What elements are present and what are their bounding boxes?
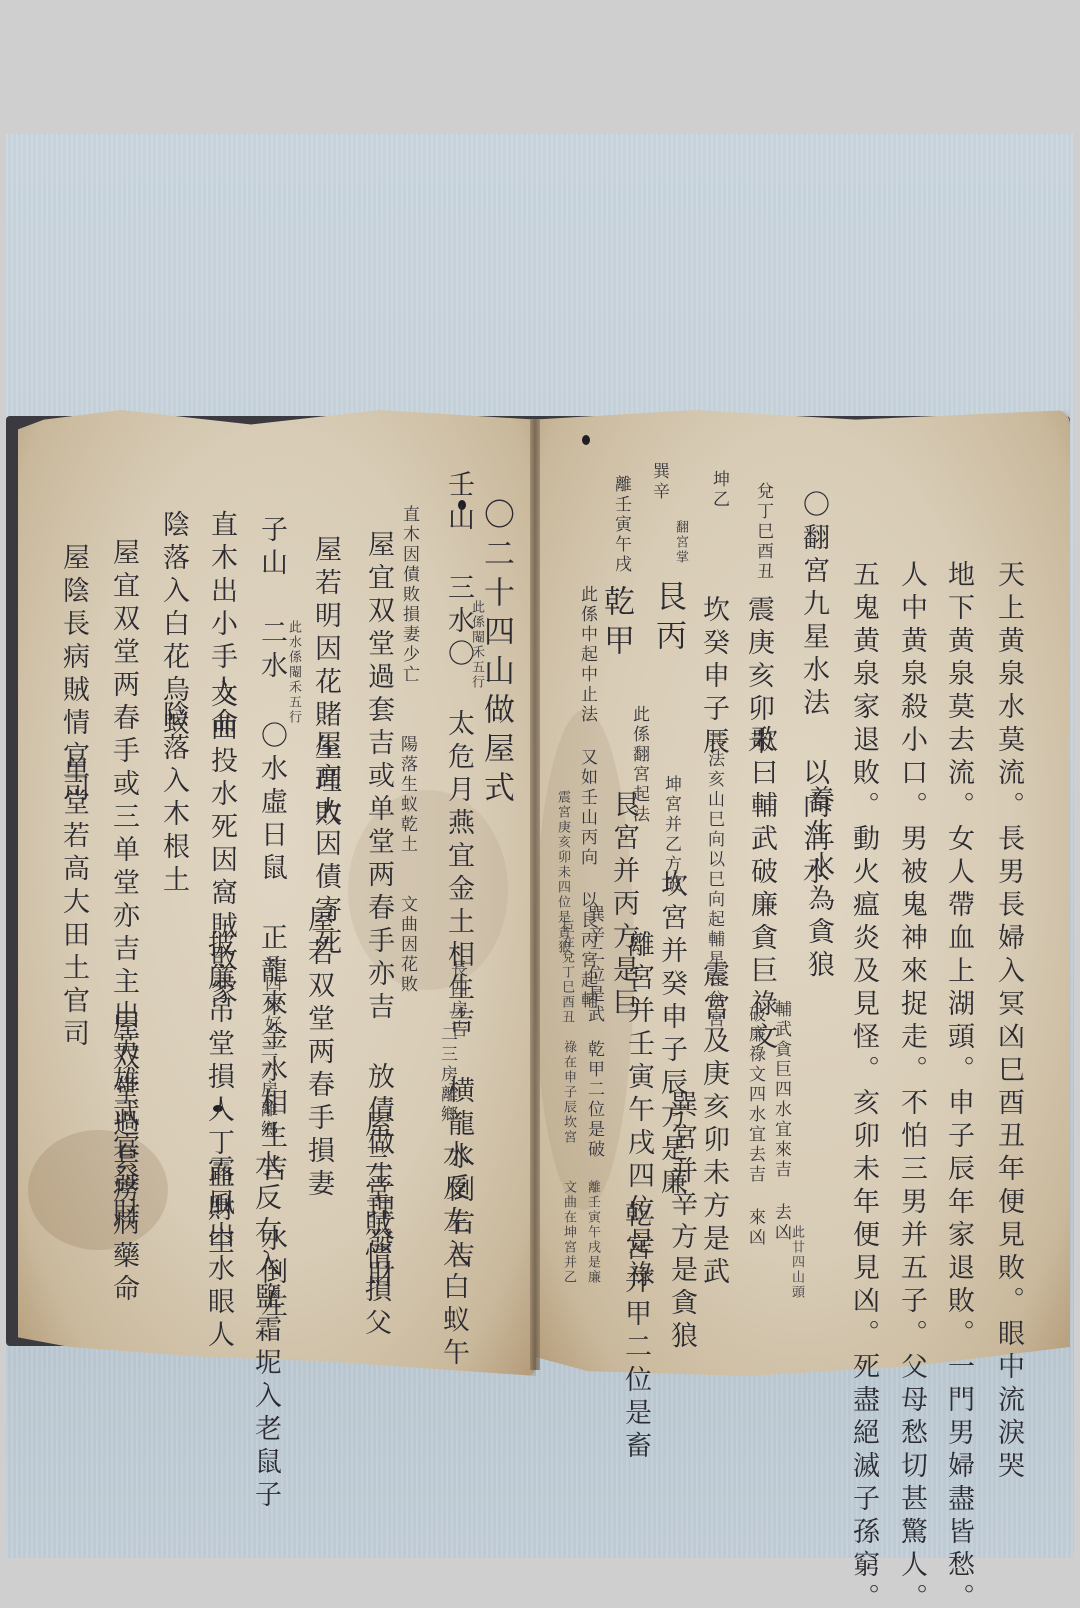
text-column: 破廉祿文四水宜去吉 來凶 bbox=[746, 1005, 763, 1248]
text-column: 五鬼黄泉家退敗。動火瘟炎及見怪。亥卯未年便見凶。死盡絕滅子孫窮。 bbox=[850, 560, 877, 1608]
text-column: 離壬寅午戌 bbox=[612, 475, 629, 575]
text-column: 坤乙 bbox=[710, 470, 727, 510]
text-column: 巽辛 bbox=[650, 462, 667, 502]
text-column: 離壬寅午戌是廉 bbox=[586, 1180, 599, 1285]
text-column: 屋双堂過套痨病藥命 bbox=[110, 1010, 137, 1307]
text-column: 文曲在坤宮并乙 bbox=[562, 1180, 575, 1285]
text-column: 天上黄泉水莫流。長男長婦入冥凶巳酉丑年便見敗。眼中流淚哭 bbox=[995, 560, 1022, 1484]
text-column: 養生水為貪狼 bbox=[805, 785, 832, 983]
text-column: 陽落生蚁乾土 bbox=[398, 735, 415, 855]
text-column: 乾宮并甲二位是畜 bbox=[622, 1200, 649, 1464]
text-column: 屋三堂賊情損父 bbox=[362, 1110, 389, 1341]
text-column: 陰落入木根土 bbox=[160, 700, 187, 898]
text-column: 長四房好 bbox=[262, 955, 279, 1035]
text-column: 翻宮掌 bbox=[674, 520, 687, 565]
text-column: 露風出水眼人 bbox=[205, 1155, 232, 1353]
annotation: 此係閹禾五行 bbox=[470, 600, 483, 690]
text-column: 艮丙 bbox=[652, 580, 683, 658]
page-title: 〇二十四山做屋式 bbox=[480, 498, 511, 810]
text-column: 水反右入鹽霜坭入老鼠子 bbox=[252, 1150, 279, 1513]
text-column: 三六房離鄉 bbox=[258, 1040, 275, 1140]
book-spine bbox=[530, 420, 540, 1370]
text-column: 直木因債敗損妻少亡 bbox=[400, 505, 417, 685]
paper-stain bbox=[28, 1130, 168, 1250]
annotation: 此水係閹禾五行 bbox=[287, 620, 300, 725]
text-column: 乾甲二位是破 bbox=[585, 1040, 602, 1160]
text-column: 地下黄泉莫去流。女人帶血上湖頭。申子辰年家退敗。一門男婦盡皆愁。 bbox=[945, 560, 972, 1608]
text-column: 水反左入白蚁午 bbox=[440, 1140, 467, 1371]
text-column: 巨在兌丁巳酉丑 bbox=[560, 920, 573, 1025]
text-column: 文曲因花敗 bbox=[398, 895, 415, 995]
text-column: 乾甲 bbox=[600, 585, 631, 663]
text-column: 輔武貪巨四水宜來吉 去凶 bbox=[772, 1000, 789, 1243]
text-column: 巽辛二位是武 bbox=[585, 905, 602, 1025]
text-column: 屋若双堂两春手損妻 bbox=[305, 905, 332, 1202]
ink-blot bbox=[582, 435, 590, 445]
text-column: 人中黄泉殺小口。男被鬼神來捉走。不怕三男并五子。父母愁切甚驚人。 bbox=[898, 560, 925, 1608]
text-column: 二三房離鄉 bbox=[438, 1025, 455, 1125]
text-column: 兌丁巳酉丑 bbox=[754, 482, 771, 582]
text-column: 祿在申子辰坎宮 bbox=[562, 1040, 575, 1145]
text-column: 巽宮并辛方是貪狼 bbox=[668, 1090, 695, 1354]
margin-note: 此廿四山頭 bbox=[790, 1225, 803, 1300]
text-column: 单堂若高大田土官司 bbox=[60, 755, 87, 1052]
text-column: 震宮及庚亥卯未方是武 bbox=[700, 960, 727, 1290]
